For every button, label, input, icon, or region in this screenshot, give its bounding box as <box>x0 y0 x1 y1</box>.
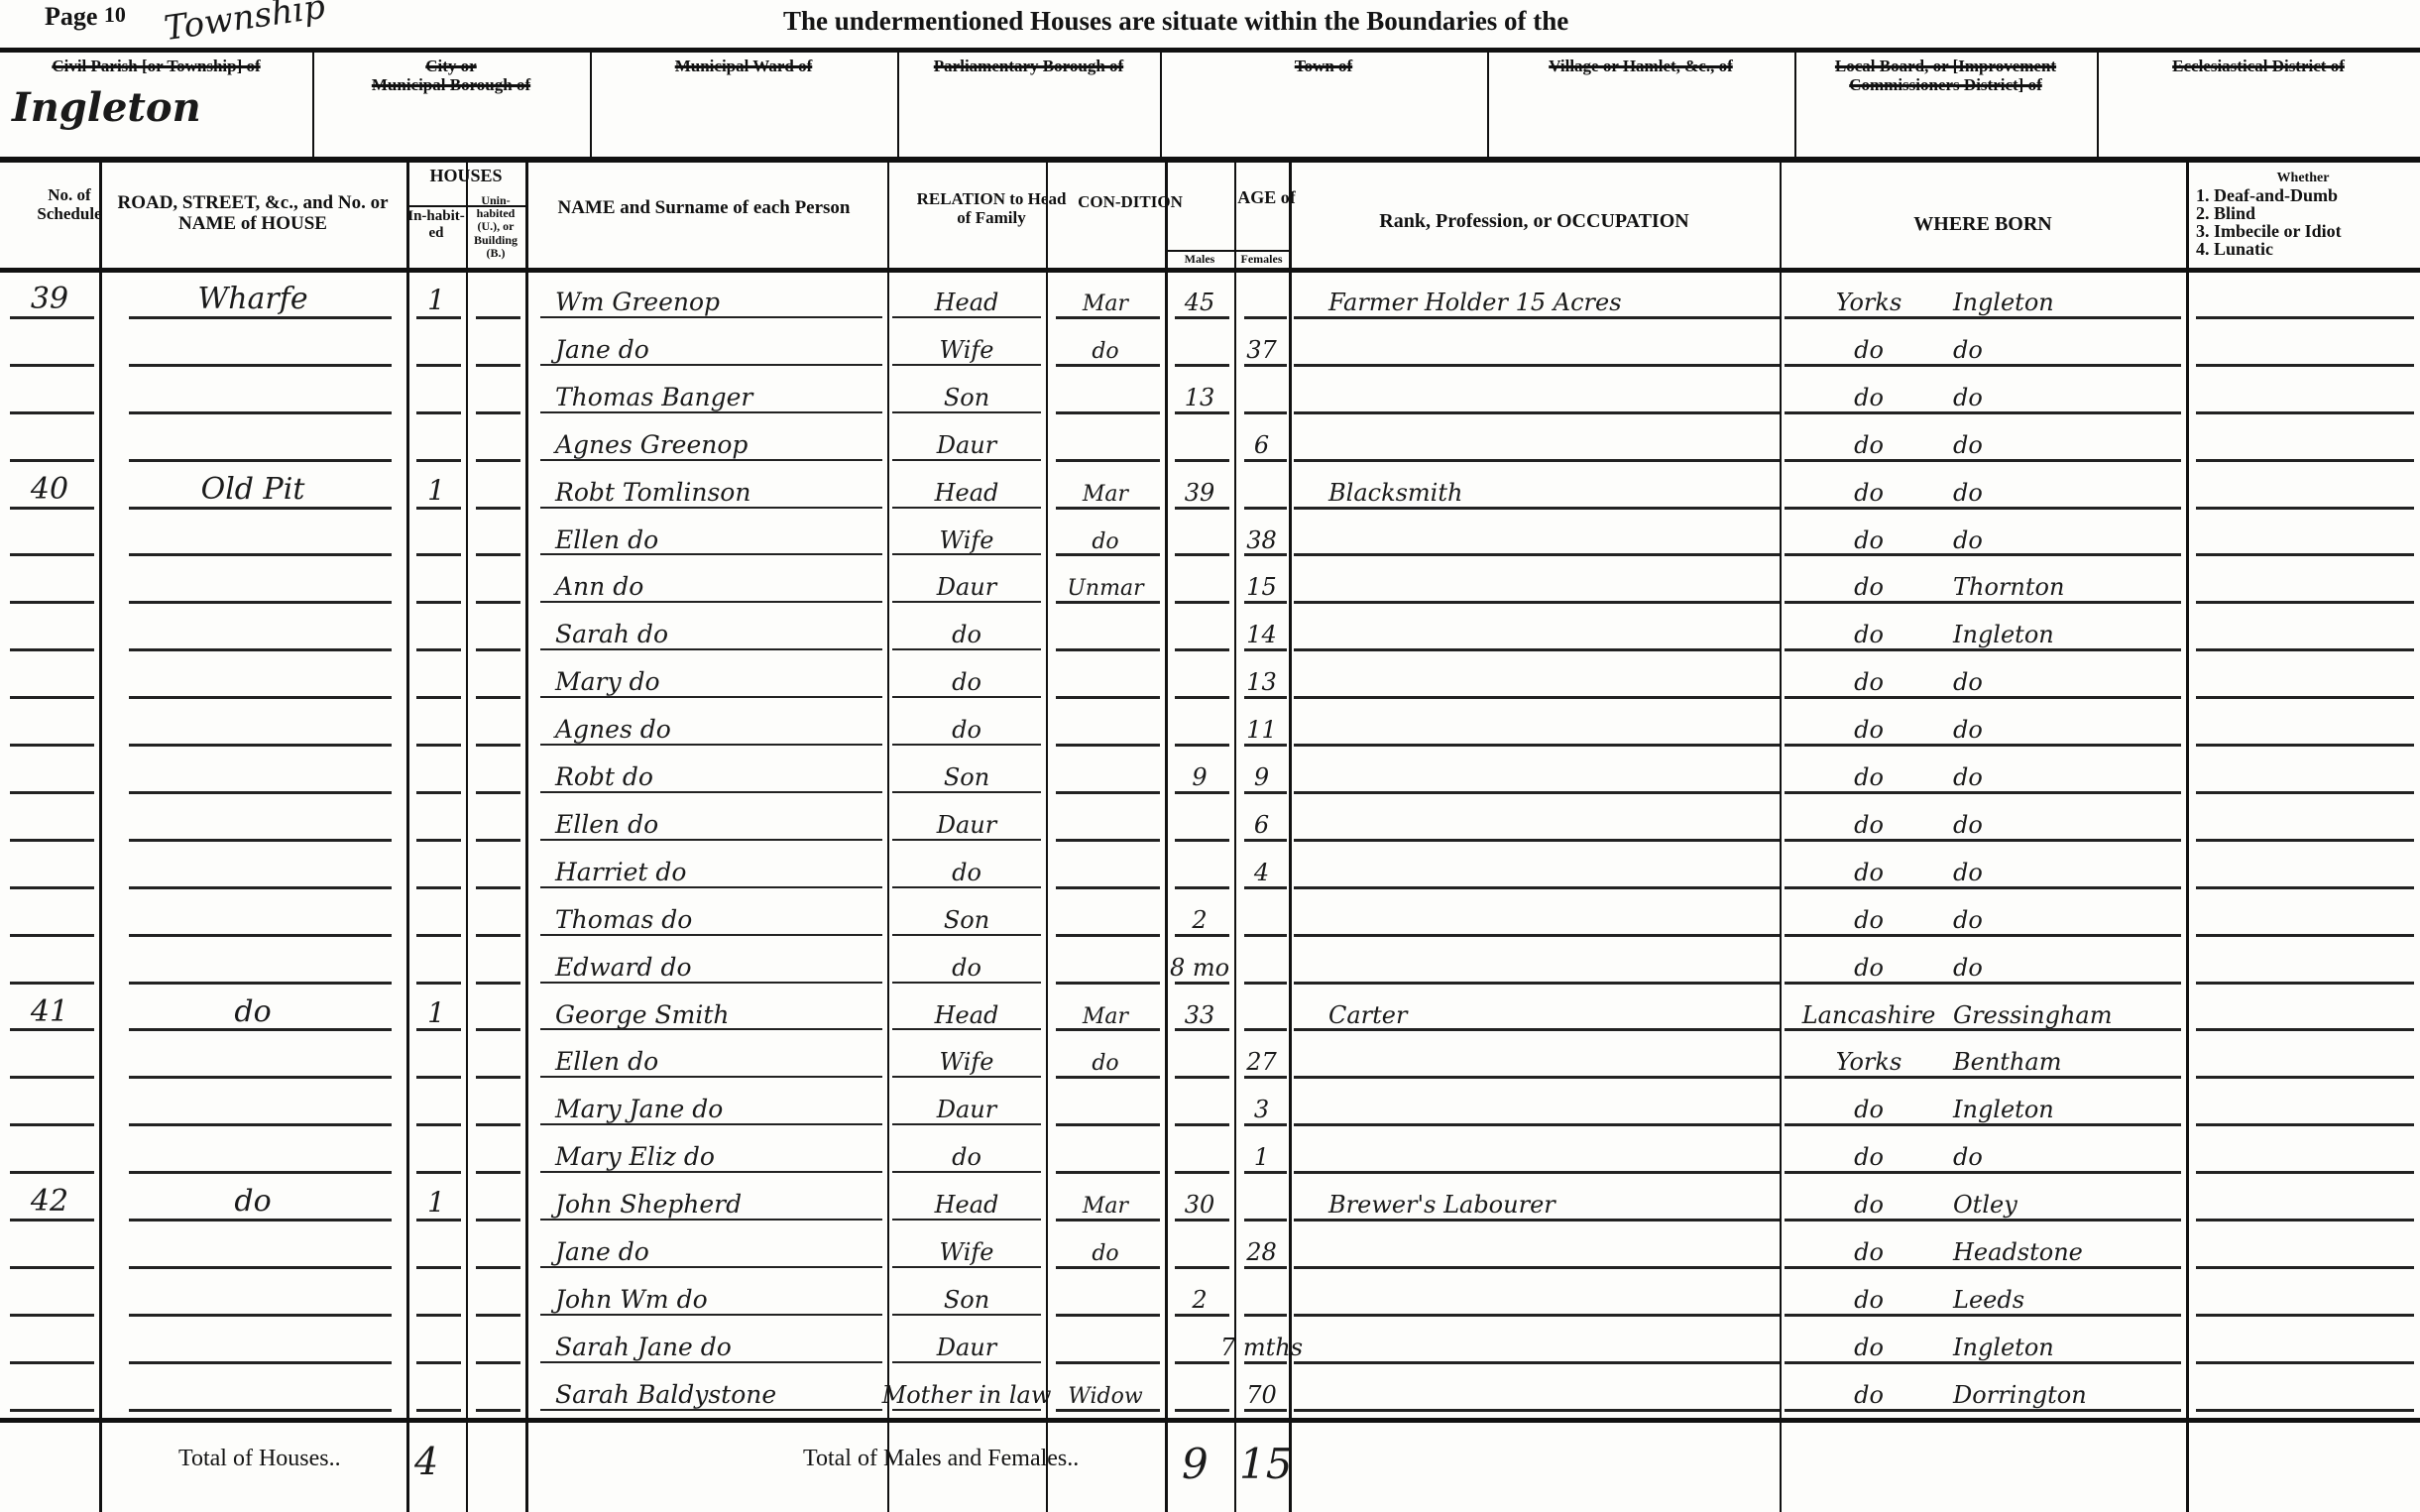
cell-born-county: do <box>1785 368 1953 411</box>
cell-born-place: Bentham <box>1953 1032 2181 1076</box>
cell-inhabited: 1 <box>406 463 466 507</box>
cell-male-age: 2 <box>1165 1270 1234 1314</box>
cell-born-county: do <box>1785 1270 1953 1314</box>
cell-male-age: 13 <box>1165 368 1234 411</box>
cell-female-age: 7 mths <box>1234 1318 1289 1361</box>
cell-schedule: 40 <box>0 463 99 507</box>
cell-schedule <box>0 1127 99 1171</box>
boundary-value: Ingleton <box>0 86 312 130</box>
cell-schedule <box>0 368 99 411</box>
cell-condition <box>1046 605 1165 648</box>
cell-name: John Wm do <box>555 1270 882 1314</box>
cell-road <box>109 652 397 696</box>
cell-name: John Shepherd <box>555 1175 882 1219</box>
cell-born-place: do <box>1953 795 2181 839</box>
cell-inhabited <box>406 652 466 696</box>
cell-schedule <box>0 1032 99 1076</box>
cell-born-county: Lancashire <box>1785 986 1953 1029</box>
boundary-label-top: City or <box>312 58 590 76</box>
cell-condition: Mar <box>1046 463 1165 507</box>
cell-condition: do <box>1046 320 1165 364</box>
cell-name: Sarah Jane do <box>555 1318 882 1361</box>
cell-born-county: do <box>1785 843 1953 886</box>
cell-female-age <box>1234 890 1289 934</box>
cell-inhabited <box>406 1365 466 1409</box>
boundary-field-0: Civil Parish [or Township] ofIngleton <box>0 58 312 130</box>
cell-condition <box>1046 1080 1165 1123</box>
cell-female-age: 3 <box>1234 1080 1289 1123</box>
cell-born-county: do <box>1785 605 1953 648</box>
cell-schedule: 39 <box>0 273 99 316</box>
cell-male-age <box>1165 700 1234 744</box>
cell-relation: Son <box>887 1270 1046 1314</box>
cell-occupation <box>1328 320 1775 364</box>
cell-male-age <box>1165 652 1234 696</box>
cell-born-county: do <box>1785 748 1953 791</box>
cell-condition <box>1046 890 1165 934</box>
total-houses-value: 4 <box>414 1440 438 1483</box>
cell-name: Robt do <box>555 748 882 791</box>
cell-born-county: do <box>1785 1175 1953 1219</box>
cell-inhabited <box>406 605 466 648</box>
header-inhabited: In-habit-ed <box>406 208 466 241</box>
cell-occupation <box>1328 843 1775 886</box>
cell-born-place: Ingleton <box>1953 273 2181 316</box>
cell-occupation: Farmer Holder 15 Acres <box>1328 273 1775 316</box>
cell-born-county: do <box>1785 415 1953 459</box>
cell-occupation: Carter <box>1328 986 1775 1029</box>
cell-road: do <box>109 986 397 1029</box>
cell-relation: Wife <box>887 1222 1046 1266</box>
cell-born-place: Ingleton <box>1953 605 2181 648</box>
cell-occupation <box>1328 1127 1775 1171</box>
cell-condition: Mar <box>1046 1175 1165 1219</box>
cell-name: Thomas do <box>555 890 882 934</box>
cell-female-age: 38 <box>1234 511 1289 554</box>
cell-inhabited <box>406 1127 466 1171</box>
cell-male-age <box>1165 557 1234 601</box>
cell-occupation <box>1328 795 1775 839</box>
boundary-field-6: Local Board, or [Improvement Commissione… <box>1794 58 2097 94</box>
cell-male-age <box>1165 843 1234 886</box>
cell-road <box>109 938 397 982</box>
cell-condition <box>1046 368 1165 411</box>
cell-female-age <box>1234 938 1289 982</box>
cell-occupation <box>1328 652 1775 696</box>
header-whether-list: 1. Deaf-and-Dumb2. Blind3. Imbecile or I… <box>2196 186 2342 258</box>
cell-schedule <box>0 652 99 696</box>
boundary-field-1: City orMunicipal Borough of <box>312 58 590 94</box>
cell-road <box>109 1318 397 1361</box>
cell-born-county: do <box>1785 557 1953 601</box>
cell-inhabited <box>406 843 466 886</box>
cell-inhabited <box>406 890 466 934</box>
cell-born-place: Ingleton <box>1953 1080 2181 1123</box>
whether-item: 4. Lunatic <box>2196 240 2342 258</box>
cell-female-age: 15 <box>1234 557 1289 601</box>
cell-female-age <box>1234 273 1289 316</box>
whether-item: 2. Blind <box>2196 204 2342 222</box>
cell-male-age <box>1165 1222 1234 1266</box>
cell-male-age: 45 <box>1165 273 1234 316</box>
header-name: NAME and Surname of each Person <box>555 198 853 219</box>
boundary-label: Local Board, or [Improvement Commissione… <box>1794 58 2097 94</box>
page-title: The undermentioned Houses are situate wi… <box>783 6 1568 37</box>
cell-born-county: do <box>1785 1222 1953 1266</box>
cell-born-place: do <box>1953 368 2181 411</box>
cell-born-county: do <box>1785 463 1953 507</box>
boundary-label: Municipal Borough of <box>312 76 590 95</box>
cell-road <box>109 605 397 648</box>
cell-road <box>109 1365 397 1409</box>
cell-born-county: Yorks <box>1785 1032 1953 1076</box>
cell-inhabited: 1 <box>406 273 466 316</box>
cell-condition <box>1046 748 1165 791</box>
cell-schedule <box>0 1270 99 1314</box>
cell-born-place: Otley <box>1953 1175 2181 1219</box>
cell-schedule: 41 <box>0 986 99 1029</box>
cell-relation: Head <box>887 273 1046 316</box>
boundary-label: Ecclesiastical District of <box>2097 58 2420 76</box>
cell-schedule <box>0 557 99 601</box>
cell-inhabited: 1 <box>406 986 466 1029</box>
cell-occupation: Blacksmith <box>1328 463 1775 507</box>
boundary-label: Village or Hamlet, &c., of <box>1487 58 1794 76</box>
boundary-label: Parliamentary Borough of <box>897 58 1160 76</box>
cell-condition: Unmar <box>1046 557 1165 601</box>
cell-born-place: do <box>1953 415 2181 459</box>
cell-inhabited <box>406 557 466 601</box>
cell-female-age: 37 <box>1234 320 1289 364</box>
cell-born-county: do <box>1785 652 1953 696</box>
cell-road <box>109 1080 397 1123</box>
cell-born-place: do <box>1953 463 2181 507</box>
cell-inhabited: 1 <box>406 1175 466 1219</box>
cell-male-age <box>1165 511 1234 554</box>
cell-male-age: 2 <box>1165 890 1234 934</box>
cell-male-age <box>1165 1032 1234 1076</box>
header-age: AGE of <box>1165 188 1368 208</box>
cell-name: Ellen do <box>555 795 882 839</box>
cell-male-age: 9 <box>1165 748 1234 791</box>
cell-name: Wm Greenop <box>555 273 882 316</box>
cell-male-age <box>1165 605 1234 648</box>
cell-condition <box>1046 1318 1165 1361</box>
cell-relation: Head <box>887 986 1046 1029</box>
header-where-born: WHERE BORN <box>1780 213 2186 235</box>
cell-relation: Wife <box>887 511 1046 554</box>
cell-road <box>109 511 397 554</box>
cell-road <box>109 843 397 886</box>
cell-born-place: do <box>1953 652 2181 696</box>
boundary-label: Municipal Ward of <box>590 58 897 76</box>
cell-female-age: 11 <box>1234 700 1289 744</box>
cell-relation: Son <box>887 748 1046 791</box>
cell-name: Thomas Banger <box>555 368 882 411</box>
cell-born-place: do <box>1953 748 2181 791</box>
boundary-label: Civil Parish [or Township] of <box>0 58 312 76</box>
cell-occupation <box>1328 368 1775 411</box>
cell-born-place: Thornton <box>1953 557 2181 601</box>
cell-road <box>109 1032 397 1076</box>
cell-female-age: 9 <box>1234 748 1289 791</box>
header-road: ROAD, STREET, &c., and No. or NAME of HO… <box>99 193 406 235</box>
cell-name: George Smith <box>555 986 882 1029</box>
cell-condition: do <box>1046 1032 1165 1076</box>
cell-born-place: do <box>1953 1127 2181 1171</box>
total-females-value: 15 <box>1239 1440 1292 1488</box>
cell-name: Ann do <box>555 557 882 601</box>
header-males: Males <box>1165 253 1234 266</box>
cell-born-place: Dorrington <box>1953 1365 2181 1409</box>
cell-relation: do <box>887 1127 1046 1171</box>
cell-condition <box>1046 1270 1165 1314</box>
township-annotation: Township <box>162 0 327 49</box>
cell-male-age <box>1165 1365 1234 1409</box>
cell-male-age: 39 <box>1165 463 1234 507</box>
cell-schedule <box>0 748 99 791</box>
cell-inhabited <box>406 700 466 744</box>
cell-schedule <box>0 1222 99 1266</box>
cell-male-age <box>1165 1080 1234 1123</box>
cell-road <box>109 890 397 934</box>
cell-occupation <box>1328 557 1775 601</box>
cell-road <box>109 320 397 364</box>
cell-female-age <box>1234 463 1289 507</box>
cell-schedule <box>0 938 99 982</box>
cell-inhabited <box>406 511 466 554</box>
cell-relation: Daur <box>887 415 1046 459</box>
cell-inhabited <box>406 1318 466 1361</box>
cell-female-age: 70 <box>1234 1365 1289 1409</box>
cell-male-age <box>1165 1127 1234 1171</box>
cell-road <box>109 415 397 459</box>
cell-occupation <box>1328 890 1775 934</box>
cell-road <box>109 557 397 601</box>
cell-occupation <box>1328 415 1775 459</box>
boundary-field-7: Ecclesiastical District of <box>2097 58 2420 76</box>
total-males-value: 9 <box>1182 1440 1209 1488</box>
total-persons-label: Total of Males and Females.. <box>803 1446 1079 1472</box>
cell-name: Mary do <box>555 652 882 696</box>
cell-male-age: 8 mo <box>1165 938 1234 982</box>
header-whether-title: Whether <box>2186 171 2420 185</box>
cell-born-place: Ingleton <box>1953 1318 2181 1361</box>
cell-name: Mary Eliz do <box>555 1127 882 1171</box>
cell-born-place: do <box>1953 700 2181 744</box>
cell-condition <box>1046 700 1165 744</box>
header-uninhabited: Unin-habited (U.), or Building (B.) <box>466 194 525 260</box>
cell-male-age <box>1165 320 1234 364</box>
cell-name: Edward do <box>555 938 882 982</box>
cell-female-age: 6 <box>1234 415 1289 459</box>
boundary-field-4: Town of <box>1160 58 1487 76</box>
cell-road: do <box>109 1175 397 1219</box>
cell-occupation <box>1328 1080 1775 1123</box>
cell-occupation: Brewer's Labourer <box>1328 1175 1775 1219</box>
cell-born-county: do <box>1785 795 1953 839</box>
cell-inhabited <box>406 415 466 459</box>
cell-born-county: do <box>1785 1127 1953 1171</box>
cell-road <box>109 1222 397 1266</box>
cell-name: Mary Jane do <box>555 1080 882 1123</box>
cell-schedule <box>0 605 99 648</box>
cell-condition: do <box>1046 1222 1165 1266</box>
cell-schedule <box>0 415 99 459</box>
cell-occupation <box>1328 938 1775 982</box>
cell-born-place: do <box>1953 843 2181 886</box>
cell-relation: Wife <box>887 320 1046 364</box>
cell-road: Old Pit <box>109 463 397 507</box>
boundary-label: Town of <box>1160 58 1487 76</box>
cell-schedule <box>0 320 99 364</box>
cell-road <box>109 1270 397 1314</box>
cell-condition <box>1046 795 1165 839</box>
cell-female-age: 14 <box>1234 605 1289 648</box>
cell-born-county: do <box>1785 890 1953 934</box>
cell-born-county: do <box>1785 938 1953 982</box>
cell-name: Ellen do <box>555 511 882 554</box>
cell-relation: do <box>887 700 1046 744</box>
cell-schedule <box>0 700 99 744</box>
cell-relation: Daur <box>887 795 1046 839</box>
cell-schedule <box>0 890 99 934</box>
cell-male-age <box>1165 795 1234 839</box>
cell-inhabited <box>406 748 466 791</box>
cell-born-county: do <box>1785 1080 1953 1123</box>
cell-inhabited <box>406 1270 466 1314</box>
cell-occupation <box>1328 1032 1775 1076</box>
cell-occupation <box>1328 1222 1775 1266</box>
page-label: Page 10 <box>45 2 126 32</box>
cell-female-age: 27 <box>1234 1032 1289 1076</box>
cell-occupation <box>1328 748 1775 791</box>
cell-inhabited <box>406 938 466 982</box>
cell-male-age: 33 <box>1165 986 1234 1029</box>
cell-relation: Son <box>887 368 1046 411</box>
cell-relation: Daur <box>887 557 1046 601</box>
cell-born-place: Gressingham <box>1953 986 2181 1029</box>
cell-schedule: 42 <box>0 1175 99 1219</box>
page-number: 10 <box>104 2 126 27</box>
cell-name: Sarah do <box>555 605 882 648</box>
cell-occupation <box>1328 511 1775 554</box>
total-houses-label: Total of Houses.. <box>178 1446 341 1472</box>
cell-relation: do <box>887 938 1046 982</box>
cell-condition <box>1046 1127 1165 1171</box>
cell-born-county: do <box>1785 320 1953 364</box>
cell-female-age: 4 <box>1234 843 1289 886</box>
cell-born-county: Yorks <box>1785 273 1953 316</box>
whether-item: 3. Imbecile or Idiot <box>2196 222 2342 240</box>
cell-female-age: 13 <box>1234 652 1289 696</box>
cell-schedule <box>0 511 99 554</box>
cell-born-county: do <box>1785 1318 1953 1361</box>
cell-occupation <box>1328 1270 1775 1314</box>
cell-born-place: Headstone <box>1953 1222 2181 1266</box>
cell-relation: Wife <box>887 1032 1046 1076</box>
boundary-field-2: Municipal Ward of <box>590 58 897 76</box>
cell-female-age <box>1234 1270 1289 1314</box>
cell-relation: Head <box>887 463 1046 507</box>
cell-male-age: 30 <box>1165 1175 1234 1219</box>
cell-relation: Son <box>887 890 1046 934</box>
cell-schedule <box>0 843 99 886</box>
cell-occupation <box>1328 1318 1775 1361</box>
cell-road <box>109 1127 397 1171</box>
cell-name: Jane do <box>555 1222 882 1266</box>
cell-inhabited <box>406 368 466 411</box>
cell-road <box>109 795 397 839</box>
cell-relation: Daur <box>887 1318 1046 1361</box>
cell-born-place: Leeds <box>1953 1270 2181 1314</box>
cell-inhabited <box>406 1032 466 1076</box>
cell-condition <box>1046 843 1165 886</box>
header-females: Females <box>1234 253 1289 266</box>
cell-name: Sarah Baldystone <box>555 1365 882 1409</box>
cell-name: Agnes Greenop <box>555 415 882 459</box>
cell-female-age: 6 <box>1234 795 1289 839</box>
cell-inhabited <box>406 1222 466 1266</box>
cell-born-place: do <box>1953 511 2181 554</box>
cell-born-county: do <box>1785 700 1953 744</box>
cell-occupation <box>1328 700 1775 744</box>
whether-item: 1. Deaf-and-Dumb <box>2196 186 2342 204</box>
cell-name: Jane do <box>555 320 882 364</box>
cell-born-county: do <box>1785 1365 1953 1409</box>
cell-name: Robt Tomlinson <box>555 463 882 507</box>
cell-name: Ellen do <box>555 1032 882 1076</box>
boundary-field-3: Parliamentary Borough of <box>897 58 1160 76</box>
cell-road <box>109 368 397 411</box>
cell-female-age: 28 <box>1234 1222 1289 1266</box>
cell-born-place: do <box>1953 320 2181 364</box>
cell-female-age <box>1234 986 1289 1029</box>
cell-born-place: do <box>1953 890 2181 934</box>
cell-inhabited <box>406 320 466 364</box>
cell-condition: do <box>1046 511 1165 554</box>
cell-condition: Mar <box>1046 986 1165 1029</box>
cell-road <box>109 700 397 744</box>
cell-relation: Head <box>887 1175 1046 1219</box>
cell-female-age <box>1234 1175 1289 1219</box>
cell-schedule <box>0 1365 99 1409</box>
cell-occupation <box>1328 605 1775 648</box>
cell-born-place: do <box>1953 938 2181 982</box>
cell-name: Agnes do <box>555 700 882 744</box>
cell-name: Harriet do <box>555 843 882 886</box>
header-occupation: Rank, Profession, or OCCUPATION <box>1289 210 1780 232</box>
cell-road <box>109 748 397 791</box>
cell-inhabited <box>406 1080 466 1123</box>
cell-schedule <box>0 1318 99 1361</box>
boundary-field-5: Village or Hamlet, &c., of <box>1487 58 1794 76</box>
cell-female-age <box>1234 368 1289 411</box>
cell-relation: Daur <box>887 1080 1046 1123</box>
cell-condition: Widow <box>1046 1365 1165 1409</box>
cell-relation: Mother in law <box>887 1365 1046 1409</box>
cell-condition: Mar <box>1046 273 1165 316</box>
cell-born-county: do <box>1785 511 1953 554</box>
cell-female-age: 1 <box>1234 1127 1289 1171</box>
cell-condition <box>1046 652 1165 696</box>
cell-schedule <box>0 1080 99 1123</box>
cell-schedule <box>0 795 99 839</box>
cell-condition <box>1046 415 1165 459</box>
cell-relation: do <box>887 605 1046 648</box>
cell-condition <box>1046 938 1165 982</box>
cell-occupation <box>1328 1365 1775 1409</box>
